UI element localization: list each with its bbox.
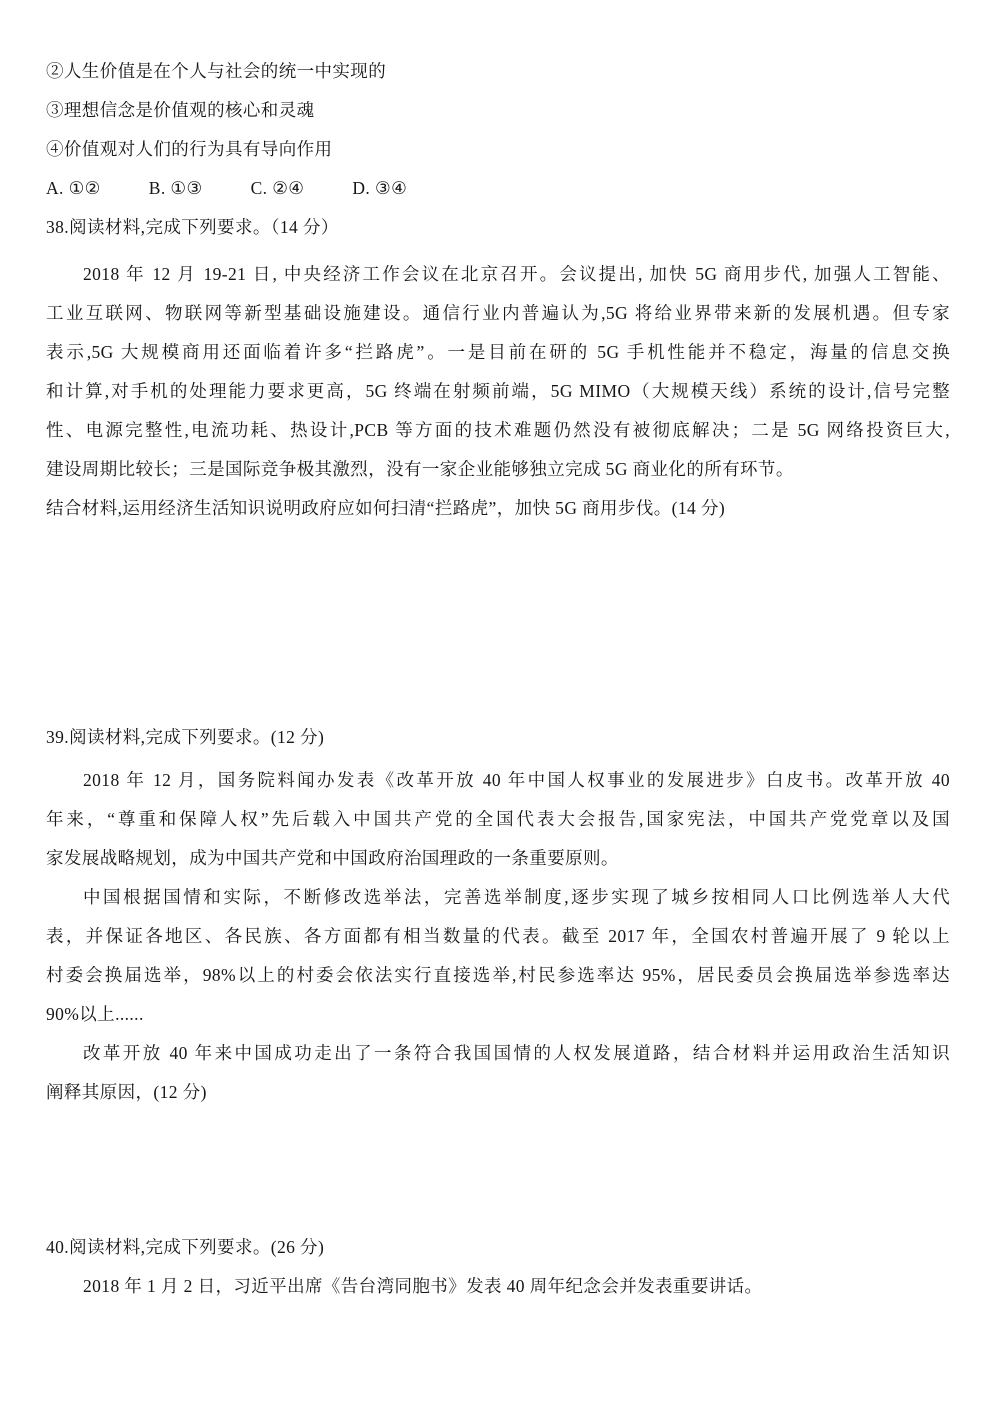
- question-39-header: 39.阅读材料,完成下列要求。(12 分): [46, 718, 950, 757]
- statement-3: ③理想信念是价值观的核心和灵魂: [46, 91, 950, 130]
- option-a: A. ①②: [46, 169, 101, 208]
- q38-task-line: 结合材料,运用经济生活知识说明政府应如何扫清“拦路虎”，加快 5G 商用步伐。(…: [46, 489, 950, 528]
- q38-material-line-3: 表示,5G 大规模商用还面临着许多“拦路虎”。一是目前在研的 5G 手机性能并不…: [46, 333, 950, 372]
- q39-material-line-7: 90%以上......: [46, 995, 950, 1034]
- q38-material-line-6: 建设周期比较长；三是国际竞争极其激烈，没有一家企业能够独立完成 5G 商业化的所…: [46, 450, 950, 489]
- question-40-header: 40.阅读材料,完成下列要求。(26 分): [46, 1228, 950, 1267]
- q38-material-line-2: 工业互联网、物联网等新型基础设施建设。通信行业内普遍认为,5G 将给业界带来新的…: [46, 294, 950, 333]
- q38-material-line-4: 和计算,对手机的处理能力要求更高，5G 终端在射频前端，5G MIMO（大规模天…: [46, 372, 950, 411]
- q39-material-line-5: 表，并保证各地区、各民族、各方面都有相当数量的代表。截至 2017 年，全国农村…: [46, 917, 950, 956]
- option-b: B. ①③: [149, 169, 203, 208]
- statement-4: ④价值观对人们的行为具有导向作用: [46, 130, 950, 169]
- answer-space-q39: [46, 1112, 950, 1228]
- option-d: D. ③④: [352, 169, 407, 208]
- option-c: C. ②④: [251, 169, 305, 208]
- q39-task-line-2: 阐释其原因，(12 分): [46, 1073, 950, 1112]
- q39-material-line-4: 中国根据国情和实际，不断修改选举法，完善选举制度,逐步实现了城乡按相同人口比例选…: [46, 878, 950, 917]
- answer-space-q38: [46, 528, 950, 718]
- statement-2: ②人生价值是在个人与社会的统一中实现的: [46, 52, 950, 91]
- q39-material-line-6: 村委会换届选举，98%以上的村委会依法实行直接选举,村民参选率达 95%，居民委…: [46, 956, 950, 995]
- q38-material-line-1: 2018 年 12 月 19-21 日, 中央经济工作会议在北京召开。会议提出,…: [46, 255, 950, 294]
- answer-options-row: A. ①② B. ①③ C. ②④ D. ③④: [46, 169, 950, 208]
- exam-paper-page: ②人生价值是在个人与社会的统一中实现的 ③理想信念是价值观的核心和灵魂 ④价值观…: [0, 0, 992, 1403]
- question-38-header: 38.阅读材料,完成下列要求。（14 分）: [46, 208, 950, 247]
- q40-material-line-1: 2018 年 1 月 2 日，习近平出席《告台湾同胞书》发表 40 周年纪念会并…: [46, 1267, 950, 1306]
- q39-material-line-2: 年来，“尊重和保障人权”先后载入中国共产党的全国代表大会报告,国家宪法，中国共产…: [46, 800, 950, 839]
- q38-material-line-5: 性、电源完整性,电流功耗、热设计,PCB 等方面的技术难题仍然没有被彻底解决；二…: [46, 411, 950, 450]
- q39-material-line-3: 家发展战略规划，成为中国共产党和中国政府治国理政的一条重要原则。: [46, 839, 950, 878]
- q39-task-line-1: 改革开放 40 年来中国成功走出了一条符合我国国情的人权发展道路，结合材料并运用…: [46, 1034, 950, 1073]
- q39-material-line-1: 2018 年 12 月，国务院料闻办发表《改革开放 40 年中国人权事业的发展进…: [46, 761, 950, 800]
